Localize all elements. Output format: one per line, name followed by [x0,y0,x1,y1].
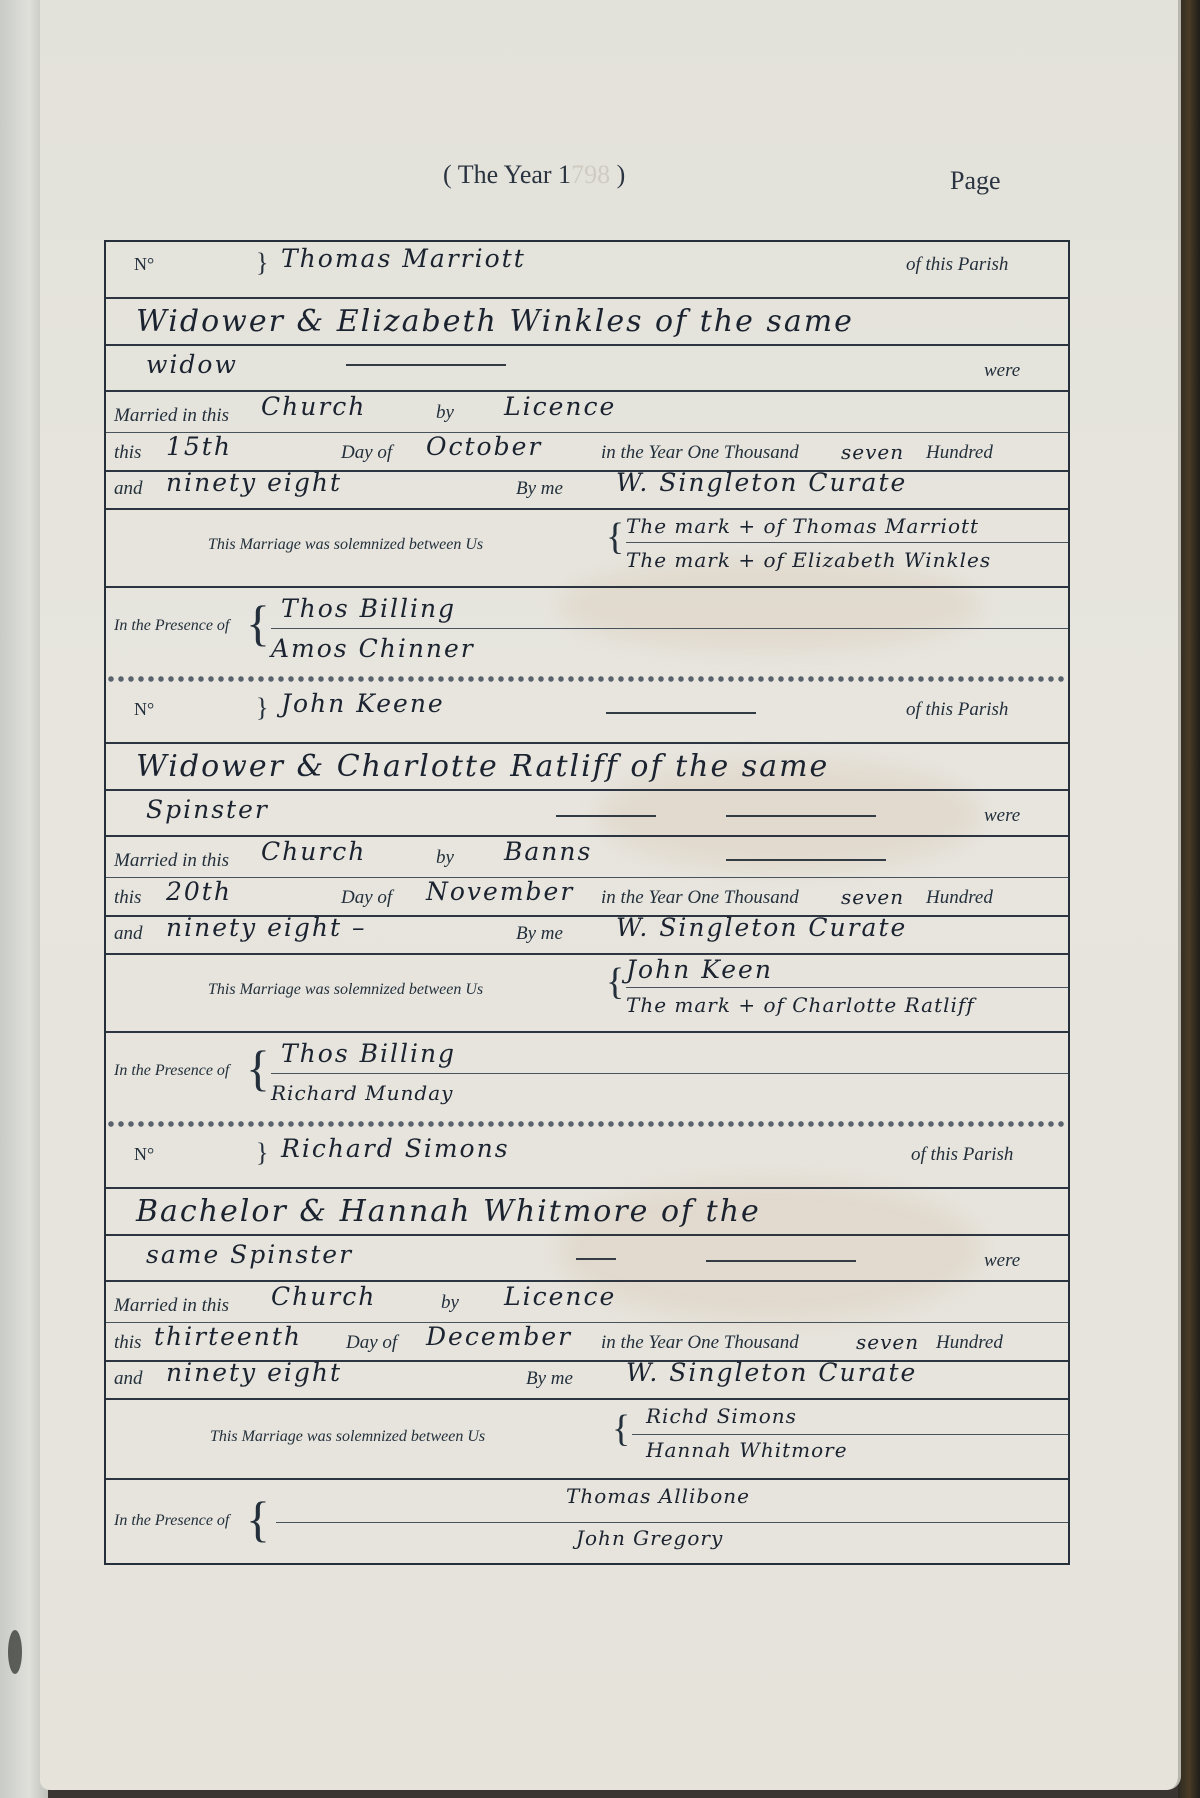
signature-bride: The mark + of Charlotte Ratliff [626,993,975,1017]
entry-divider [106,674,1068,684]
by-me-label: By me [516,923,563,945]
entry-number-label: N° [134,254,154,275]
this-label: this [114,887,141,909]
ink-spot [8,1630,22,1674]
entry-divider [106,1119,1068,1129]
day: thirteenth [154,1322,302,1351]
and-label: and [114,923,143,945]
groom-name: John Keene [281,689,445,718]
entry-2: N° } John Keene of this Parish Widower &… [106,687,1068,1127]
marriage-method: Banns [504,837,592,866]
signature-groom: The mark + of Thomas Marriott [626,514,979,538]
officiant: W. Singleton Curate [626,1358,917,1387]
marriage-method: Licence [504,1282,616,1311]
officiant: W. Singleton Curate [616,468,907,497]
day-of-label: Day of [346,1332,397,1354]
by-me-label: By me [516,478,563,500]
officiant: W. Singleton Curate [616,913,907,942]
this-label: this [114,442,141,464]
signature-bride: Hannah Whitmore [646,1438,848,1462]
witness-1: Thos Billing [281,1039,456,1068]
witness-2: Richard Munday [271,1081,453,1105]
entry-3: N° } Richard Simons of this Parish Bache… [106,1132,1068,1567]
marriage-method: Licence [504,392,616,421]
witness-1: Thos Billing [281,594,456,623]
status-and-bride: Widower & Charlotte Ratliff of the same [136,749,829,784]
presence-label: In the Presence of [114,1062,229,1080]
place: Church [261,392,366,421]
year-words: ninety eight [166,468,342,497]
and-label: and [114,478,143,500]
in-year-label: in the Year One Thousand [601,1332,799,1354]
book-edge [1178,0,1200,1798]
bride-status: widow [146,350,238,379]
century: seven [841,885,904,909]
day-of-label: Day of [341,442,392,464]
groom-name: Richard Simons [281,1134,510,1163]
parish-label: of this Parish [906,254,1008,276]
entry-number-label: N° [134,699,154,720]
solemnized-label: This Marriage was solemnized between Us [208,981,483,999]
by-label: by [436,402,454,424]
status-and-bride: Widower & Elizabeth Winkles of the same [136,304,854,339]
and-label: and [114,1368,143,1390]
by-me-label: By me [526,1368,573,1390]
century: seven [841,440,904,464]
place: Church [271,1282,376,1311]
married-in-label: Married in this [114,850,229,872]
day-of-label: Day of [341,887,392,909]
year-words: ninety eight – [166,913,367,942]
witness-2: John Gregory [576,1526,723,1550]
solemnized-label: This Marriage was solemnized between Us [210,1428,485,1446]
year-words: ninety eight [166,1358,342,1387]
day: 15th [166,432,232,461]
month: November [426,877,574,906]
were-label: were [984,360,1020,382]
entry-number-label: N° [134,1144,154,1165]
hundred-label: Hundred [926,887,993,909]
were-label: were [984,805,1020,827]
year-heading: ( The Year 1798 ) [443,160,625,190]
presence-label: In the Presence of [114,617,229,635]
witness-1: Thomas Allibone [566,1484,750,1508]
in-year-label: in the Year One Thousand [601,442,799,464]
in-year-label: in the Year One Thousand [601,887,799,909]
parish-label: of this Parish [906,699,1008,721]
presence-label: In the Presence of [114,1512,229,1530]
groom-name: Thomas Marriott [281,244,526,273]
place: Church [261,837,366,866]
month: December [426,1322,572,1351]
day: 20th [166,877,232,906]
solemnized-label: This Marriage was solemnized between Us [208,536,483,554]
were-label: were [984,1250,1020,1272]
bride-status: same Spinster [146,1240,353,1269]
signature-groom: John Keen [626,955,773,984]
hundred-label: Hundred [926,442,993,464]
page-label: Page [950,166,1001,196]
this-label: this [114,1332,141,1354]
month: October [426,432,542,461]
entry-1: N° } Thomas Marriott of this Parish Wido… [106,242,1068,682]
status-and-bride: Bachelor & Hannah Whitmore of the [136,1194,761,1229]
century: seven [856,1330,919,1354]
witness-2: Amos Chinner [271,634,475,663]
by-label: by [441,1292,459,1314]
married-in-label: Married in this [114,405,229,427]
signature-bride: The mark + of Elizabeth Winkles [626,548,991,572]
hundred-label: Hundred [936,1332,1003,1354]
marriage-register-table: N° } Thomas Marriott of this Parish Wido… [104,240,1070,1565]
parish-label: of this Parish [911,1144,1013,1166]
signature-groom: Richd Simons [646,1404,797,1428]
by-label: by [436,847,454,869]
bride-status: Spinster [146,795,269,824]
married-in-label: Married in this [114,1295,229,1317]
